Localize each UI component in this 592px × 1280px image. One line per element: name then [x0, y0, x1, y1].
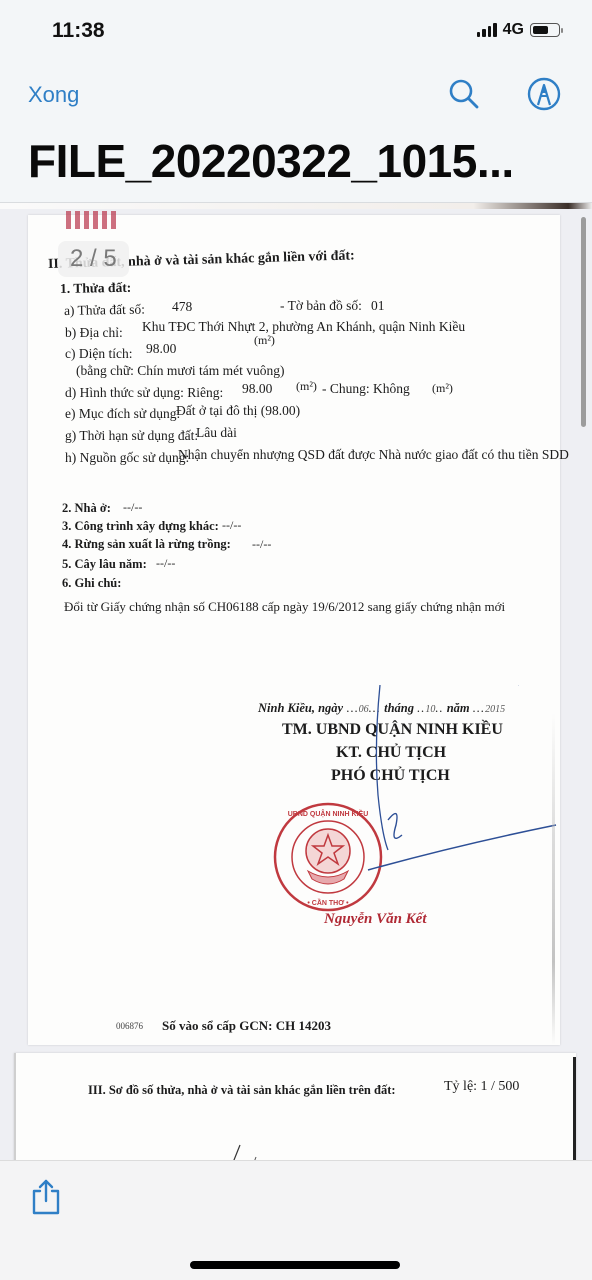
- usage-private-unit: (m²): [296, 379, 317, 394]
- usage-private-value: 98.00: [242, 381, 272, 397]
- note-text: Đổi từ Giấy chứng nhận số CH06188 cấp ng…: [64, 599, 505, 615]
- purpose-label: e) Mục đích sử dụng:: [65, 406, 180, 422]
- map-sheet-label: - Tờ bản đồ số:: [280, 298, 362, 314]
- cellular-signal-icon: [477, 23, 497, 37]
- sign-month: 10: [425, 704, 435, 715]
- signing-line-2: KT. CHỦ TỊCH: [336, 744, 446, 762]
- parcel-label: a) Thửa đất số:: [64, 302, 145, 319]
- month-label: tháng: [384, 701, 414, 715]
- document-page: 2 / 5 II. Thửa đất, nhà ở và tài sản khá…: [28, 215, 560, 1045]
- area-in-words: (bằng chữ: Chín mươi tám mét vuông): [76, 363, 285, 379]
- year-label: năm: [447, 701, 470, 715]
- sign-day: 06: [359, 704, 369, 715]
- search-icon[interactable]: [446, 76, 482, 112]
- item-notes-label: 6. Ghi chú:: [62, 576, 121, 591]
- item-other-construction-label: 3. Công trình xây dựng khác:: [62, 519, 219, 534]
- battery-level: [533, 26, 548, 34]
- usage-form-label: d) Hình thức sử dụng: Riêng:: [65, 385, 223, 401]
- battery-icon: [530, 23, 560, 37]
- status-indicators: 4G: [477, 21, 560, 39]
- item-perennial-value: --/--: [156, 556, 175, 571]
- term-label: g) Thời hạn sử dụng đất:: [65, 428, 198, 444]
- item-perennial-label: 5. Cây lâu năm:: [62, 557, 147, 572]
- map-scale: Tỷ lệ: 1 / 500: [444, 1079, 519, 1095]
- svg-text:• CẦN THƠ •: • CẦN THƠ •: [307, 897, 349, 907]
- network-type: 4G: [503, 21, 524, 39]
- svg-text:UBND QUẬN NINH KIỀU: UBND QUẬN NINH KIỀU: [288, 808, 369, 818]
- origin-label: h) Nguồn gốc sử dụng:: [65, 450, 189, 466]
- signing-place-date: Ninh Kiều, ngày ...06... tháng ..10.. nă…: [258, 701, 505, 716]
- document-title: FILE_20220322_1015...: [28, 134, 514, 188]
- previous-page-edge: [0, 203, 592, 209]
- registry-number: Số vào sổ cấp GCN: CH 14203: [162, 1018, 331, 1034]
- item-forest-label: 4. Rừng sản xuất là rừng trồng:: [62, 537, 231, 552]
- item-house-label: 2. Nhà ở:: [62, 501, 111, 516]
- origin-value: Nhận chuyển nhượng QSD đất được Nhà nước…: [178, 447, 569, 463]
- section-3-title: III. Sơ đồ số thửa, nhà ở và tài sản khá…: [88, 1083, 396, 1098]
- vertical-scrollbar[interactable]: [581, 217, 586, 427]
- signing-line-3: PHÓ CHỦ TỊCH: [331, 767, 450, 785]
- markup-pen-icon[interactable]: [526, 76, 562, 112]
- purpose-value: Đất ở tại đô thị (98.00): [176, 403, 300, 419]
- done-button[interactable]: Xong: [28, 82, 79, 108]
- item-forest-value: --/--: [252, 537, 271, 552]
- signer-name: Nguyễn Văn Kết: [324, 911, 427, 928]
- land-heading: 1. Thửa đất:: [60, 280, 132, 297]
- signing-line-1: TM. UBND QUẬN NINH KIỀU: [282, 721, 503, 739]
- usage-shared-unit: (m²): [432, 381, 453, 396]
- usage-shared-value: Không: [373, 381, 410, 397]
- pdf-viewer[interactable]: 2 / 5 II. Thửa đất, nhà ở và tài sản khá…: [0, 203, 592, 1160]
- usage-shared-label: - Chung:: [322, 381, 370, 397]
- home-indicator[interactable]: [190, 1261, 400, 1269]
- share-icon[interactable]: [28, 1177, 64, 1217]
- address-value: Khu TĐC Thới Nhựt 2, phường An Khánh, qu…: [142, 319, 465, 335]
- area-unit: (m²): [254, 333, 275, 348]
- term-value: Lâu dài: [196, 425, 237, 441]
- address-label: b) Địa chỉ:: [65, 325, 123, 341]
- item-other-construction-value: --/--: [222, 518, 241, 533]
- status-bar: 11:38 4G: [0, 0, 592, 62]
- item-house-value: --/--: [123, 500, 142, 515]
- place-date-prefix: Ninh Kiều, ngày: [258, 701, 343, 715]
- certificate-content: II. Thửa đất, nhà ở và tài sản khác gắn …: [28, 215, 560, 1045]
- area-label: c) Diện tích:: [65, 346, 132, 362]
- area-value: 98.00: [146, 341, 176, 357]
- official-seal-icon: UBND QUẬN NINH KIỀU • CẦN THƠ •: [272, 801, 384, 913]
- parcel-value: 478: [172, 299, 192, 315]
- navigation-bar: Xong FILE_20220322_1015...: [0, 62, 592, 203]
- certificate-serial: 006876: [116, 1021, 143, 1031]
- sign-year: 2015: [485, 704, 505, 715]
- page-edge-shadow: [552, 215, 555, 1045]
- map-sheet-value: 01: [371, 298, 385, 314]
- diagram-stroke: [226, 1143, 266, 1160]
- next-document-page: III. Sơ đồ số thửa, nhà ở và tài sản khá…: [14, 1053, 576, 1160]
- status-time: 11:38: [52, 19, 105, 43]
- page-indicator: 2 / 5: [58, 241, 129, 277]
